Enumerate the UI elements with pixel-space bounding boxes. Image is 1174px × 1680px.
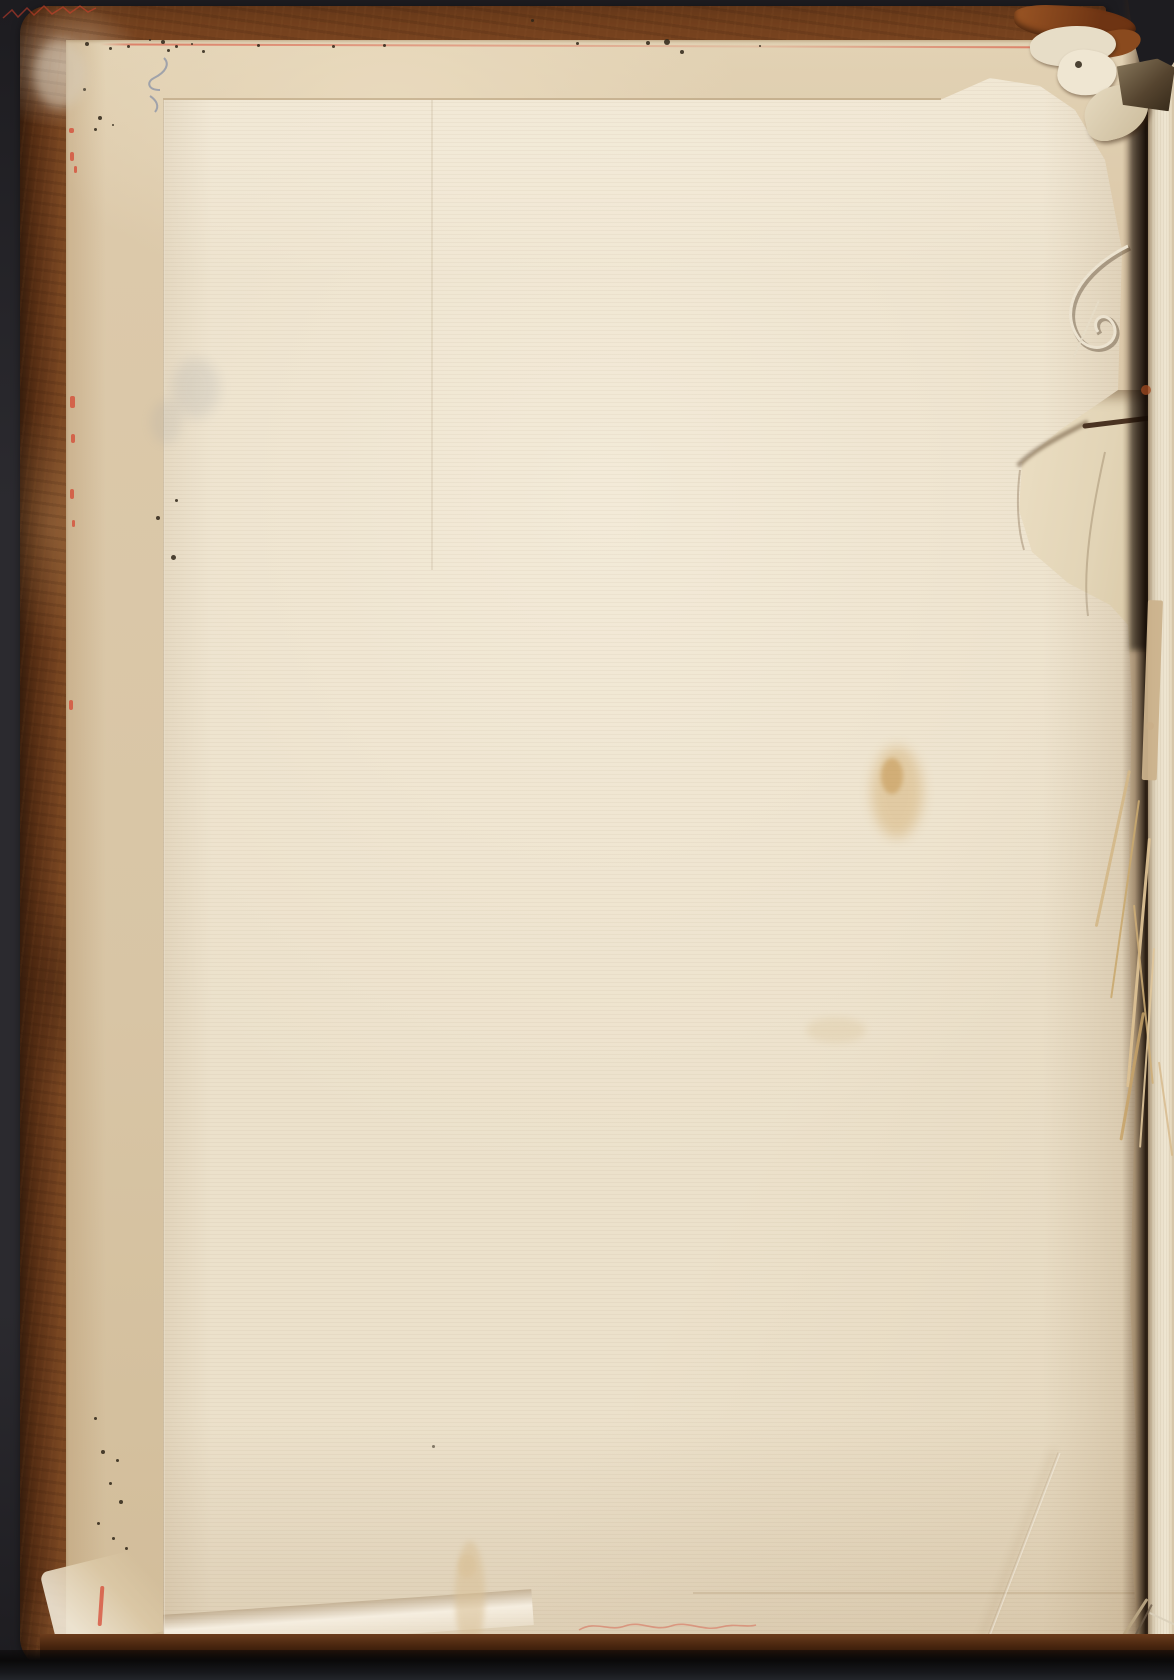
- speck: [109, 47, 112, 50]
- stain: [150, 400, 182, 444]
- speck: [112, 1537, 115, 1540]
- speck: [85, 42, 89, 46]
- book-scan: [0, 0, 1174, 1680]
- diagonal-fold-crease: [985, 1452, 1061, 1644]
- speck: [191, 43, 193, 45]
- speck: [202, 50, 205, 53]
- stain: [806, 1017, 866, 1043]
- redmark: [74, 166, 77, 173]
- redmark: [69, 700, 73, 710]
- red-scribble-right: [0, 0, 100, 26]
- speck: [101, 1450, 105, 1454]
- pencil-inscription: [140, 56, 180, 114]
- speck: [119, 1500, 123, 1504]
- flyleaf-left-edge: [163, 100, 165, 1634]
- speck: [156, 516, 160, 520]
- redmark: [70, 152, 74, 161]
- speck: [112, 124, 114, 126]
- speck: [149, 39, 151, 41]
- speck: [98, 116, 102, 120]
- redmark: [69, 128, 74, 133]
- speck: [109, 1482, 112, 1485]
- redmark: [70, 396, 75, 408]
- stain: [458, 1554, 476, 1578]
- speck: [175, 499, 178, 502]
- redmark: [71, 434, 75, 443]
- speck: [664, 39, 670, 45]
- redmark: [72, 520, 75, 527]
- stain: [34, 40, 86, 108]
- speck: [646, 41, 650, 45]
- speck: [680, 50, 684, 54]
- redmark: [70, 489, 74, 499]
- stain: [881, 758, 903, 794]
- speck: [94, 1417, 97, 1420]
- stain: [1141, 385, 1151, 395]
- speck: [759, 45, 761, 47]
- speck: [383, 44, 386, 47]
- speck: [171, 555, 176, 560]
- speck: [116, 1459, 119, 1462]
- speck: [332, 45, 335, 48]
- speck: [127, 45, 130, 48]
- blank-flyleaf-page: [163, 58, 1140, 1636]
- speck: [94, 128, 97, 131]
- speck: [175, 45, 178, 48]
- flyleaf-top-edge: [163, 98, 941, 100]
- vertical-crease: [431, 100, 433, 570]
- horizontal-crease: [693, 1592, 1138, 1594]
- loose-thread-loop: [1048, 238, 1143, 363]
- right-page-edge: [1148, 24, 1174, 1664]
- speck: [576, 42, 579, 45]
- speck: [257, 44, 260, 47]
- speck: [167, 49, 170, 52]
- speck: [531, 19, 534, 22]
- speck: [1075, 61, 1082, 68]
- bottom-shadow: [0, 1650, 1174, 1680]
- speck: [432, 1445, 435, 1448]
- speck: [125, 1547, 128, 1550]
- speck: [161, 40, 165, 44]
- speck: [97, 1522, 100, 1525]
